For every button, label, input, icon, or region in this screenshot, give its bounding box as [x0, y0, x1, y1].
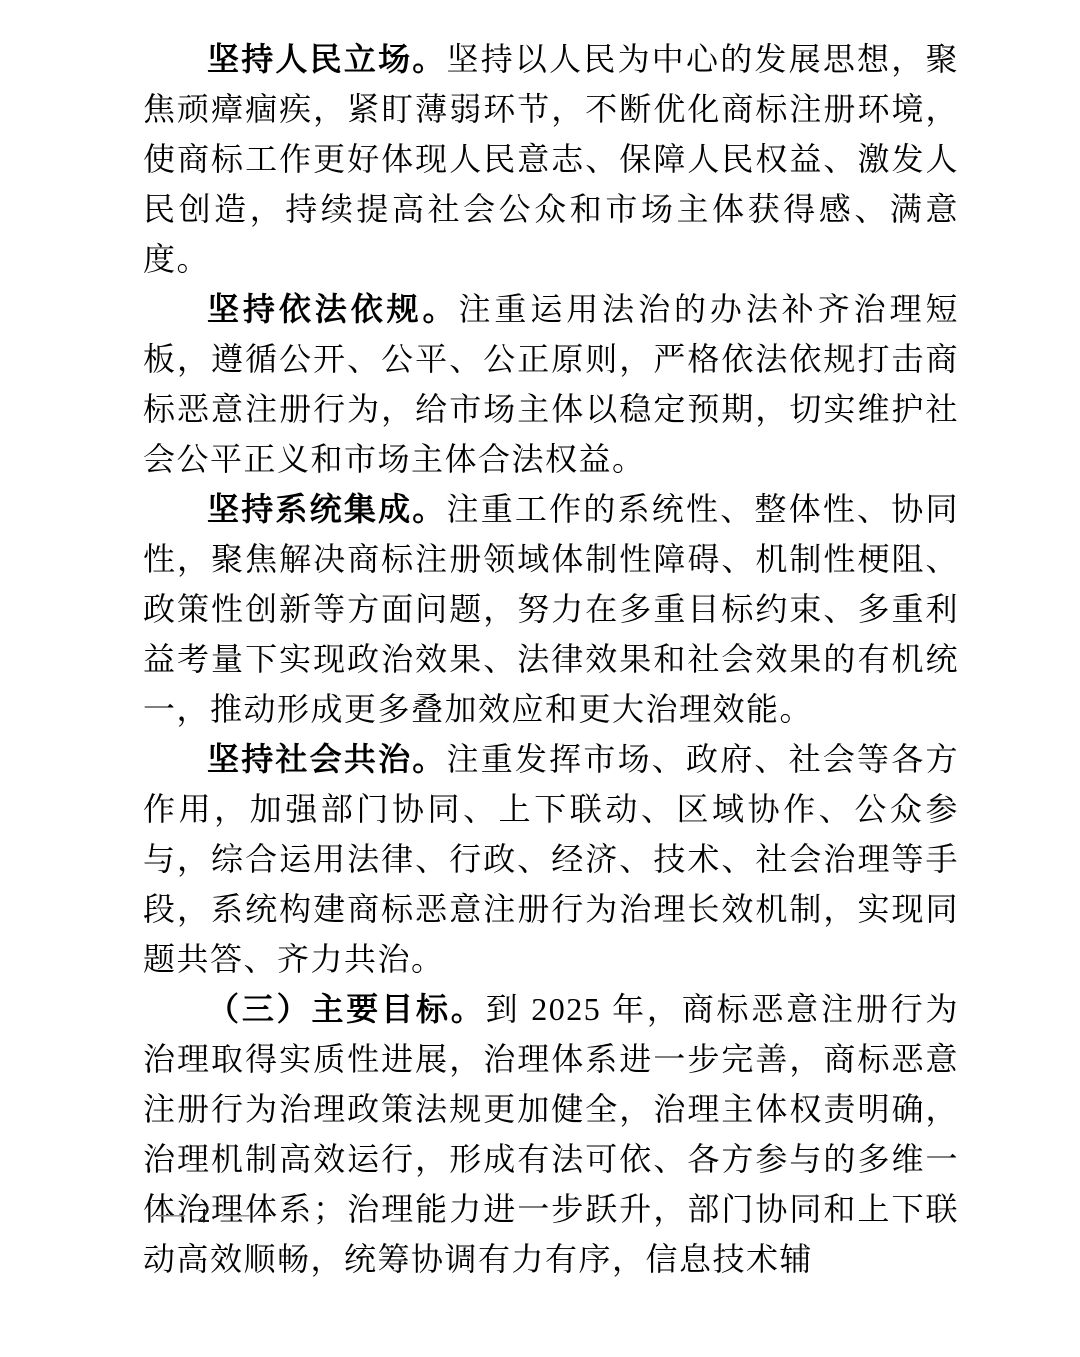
- paragraph-lead: 坚持人民立场。: [207, 41, 447, 77]
- paragraph: 坚持人民立场。坚持以人民为中心的发展思想，聚焦顽瘴痼疾，紧盯薄弱环节，不断优化商…: [143, 34, 959, 284]
- paragraph-lead: 坚持社会共治。: [207, 741, 447, 777]
- document-body: 坚持人民立场。坚持以人民为中心的发展思想，聚焦顽瘴痼疾，紧盯薄弱环节，不断优化商…: [143, 34, 959, 1284]
- paragraph: （三）主要目标。到 2025 年，商标恶意注册行为治理取得实质性进展，治理体系进…: [143, 984, 959, 1284]
- paragraph: 坚持社会共治。注重发挥市场、政府、社会等各方作用，加强部门协同、上下联动、区域协…: [143, 734, 959, 984]
- footer-dash-right: —: [223, 1198, 250, 1228]
- paragraph: 坚持系统集成。注重工作的系统性、整体性、协同性，聚焦解决商标注册领域体制性障碍、…: [143, 484, 959, 734]
- paragraph-text: 到 2025 年，商标恶意注册行为治理取得实质性进展，治理体系进一步完善，商标恶…: [143, 991, 959, 1277]
- footer-dash-left: —: [158, 1198, 185, 1228]
- paragraph-lead: 坚持系统集成。: [207, 491, 447, 527]
- page-footer: —2—: [158, 1196, 250, 1230]
- paragraph-lead: （三）主要目标。: [207, 991, 486, 1027]
- paragraph-lead: 坚持依法依规。: [207, 291, 458, 327]
- paragraph: 坚持依法依规。注重运用法治的办法补齐治理短板，遵循公开、公平、公正原则，严格依法…: [143, 284, 959, 484]
- page-number: 2: [197, 1198, 211, 1228]
- document-page: 坚持人民立场。坚持以人民为中心的发展思想，聚焦顽瘴痼疾，紧盯薄弱环节，不断优化商…: [0, 0, 1080, 1357]
